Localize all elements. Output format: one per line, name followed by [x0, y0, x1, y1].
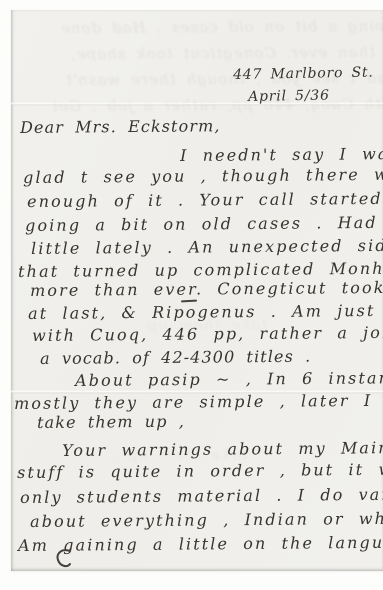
letter-line: with Cuoq, 446 pp, rather a job . Got: [32, 322, 383, 345]
bleed-through-text: more than ever. Conegticut took shape,: [70, 43, 383, 64]
letter-line: About pasip ~ , In 6 instances,: [75, 368, 383, 390]
letter-line: only students material . I do vary: [20, 485, 383, 507]
letter-page: going a bit on old cases . Had done more…: [11, 10, 383, 571]
letter-line: I needn't say I was: [180, 144, 383, 165]
letter-line: more than ever. Conegticut took shape,: [30, 277, 383, 300]
letter-line: a vocab. of 42-4300 titles .: [40, 347, 311, 368]
letter-line: going a bit on old cases . Had done: [25, 212, 383, 235]
letter-line: enough of it . Your call started me: [27, 189, 383, 211]
letter-line: at last, & Ripogenus . Am just through: [28, 300, 383, 323]
letter-line: glad t see you , though there wasn't: [23, 164, 383, 187]
letter-line: stuff is quite in order , but it was: [17, 460, 383, 482]
letter-line: take them up ,: [37, 412, 185, 432]
letter-salutation: Dear Mrs. Eckstorm,: [20, 116, 221, 137]
letter-date: April 5/36: [248, 88, 330, 105]
letter-line: Your warnings about my Maine: [62, 438, 383, 460]
letter-line: about everything , Indian or white .: [30, 508, 383, 531]
ink-flourish-mark: [55, 548, 75, 570]
letter-line: mostly they are simple , later I will: [14, 390, 383, 413]
letter-address: 447 Marlboro St.: [233, 65, 374, 83]
letter-line: little lately . An unexpected sidelight: [31, 235, 383, 258]
bleed-through-text: going a bit on old cases . Had done: [60, 17, 383, 37]
scanned-letter: going a bit on old cases . Had done more…: [0, 0, 383, 590]
